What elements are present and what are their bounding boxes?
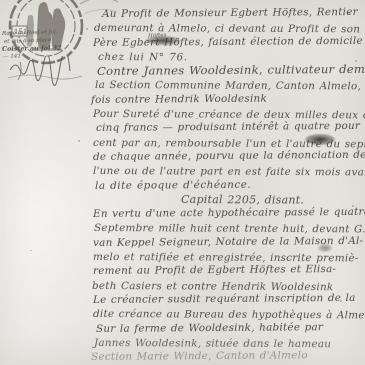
paper-speck [347, 12, 350, 14]
paper-speck [30, 250, 32, 251]
margin-signature [6, 56, 86, 86]
manuscript-line: rement au Profit de Egbert Höftes et Eli… [93, 262, 361, 278]
paper-speck [196, 118, 198, 119]
ink-blot [318, 244, 332, 252]
manuscript-line: Sur la ferme de Wooldesink, habitée par [96, 319, 361, 335]
manuscript-line: Au Profit de Monsieur Egbert Höftes, Ren… [102, 5, 361, 21]
manuscript-line: En vertu d'une acte hypothécaire passé l… [93, 205, 361, 221]
manuscript-line: fois contre Hendrik Wooldesink [91, 91, 361, 107]
manuscript-line: Père Egbert Höftes, faisant élection de … [93, 33, 361, 49]
paper-speck [340, 300, 342, 302]
paper-speck [355, 60, 357, 62]
manuscript-line: Le créancier susdit requérant inscriptio… [93, 291, 361, 307]
ink-blot [305, 134, 335, 145]
scanned-manuscript-page: 151 · · · · · · · · Rayé du Réel et fol.… [0, 0, 365, 365]
manuscript-text-block: Au Profit de Monsieur Egbert Höftes, Ren… [93, 7, 361, 364]
paper-speck [352, 205, 354, 207]
paper-speck [86, 28, 88, 30]
paper-speck [78, 140, 80, 142]
manuscript-line: Contre Jannes Wooldesink, cultivateur de… [97, 62, 361, 78]
manuscript-line: la dite époque d'échéance. [95, 176, 361, 192]
ink-blot [146, 36, 180, 45]
manuscript-line: Section Marie Winde, Canton d'Almelo [91, 348, 361, 364]
manuscript-line: de chaque année, pourvu que la dénonciat… [93, 148, 361, 164]
